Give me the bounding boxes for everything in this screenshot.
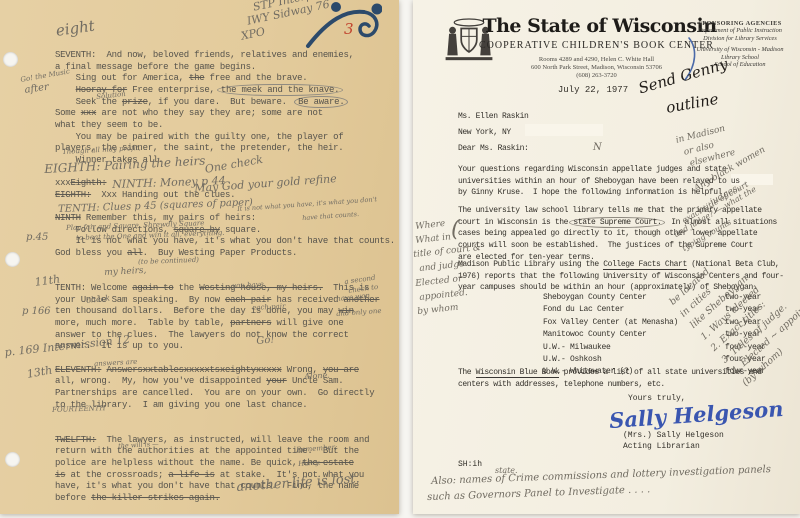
text-segment: again to [132, 283, 173, 293]
handwritten-annotation: by whom [417, 304, 459, 317]
sponsor-line: Department of Public Instruction [684, 27, 796, 35]
text-segment: police are helpless without the name. Be… [55, 458, 302, 468]
table-row: Fox Valley Center (at Menasha)two-year [543, 317, 678, 329]
text-segment: SEVENTH: And now, beloved friends, relat… [55, 50, 354, 60]
text-segment: is [55, 470, 65, 480]
typed-line: TWELFTH: The lawyers, as instructed, wil… [55, 435, 395, 447]
campus-name: Fond du Lac Center [543, 305, 624, 314]
handwritten-annotation: Elected or [415, 275, 463, 289]
handwritten-annotation: 13th [26, 365, 53, 380]
text-segment: more, much more. Table by table, [55, 318, 230, 328]
typist-ref: SH:ih [458, 460, 482, 469]
text-segment: all, wrong. My, how you've disappointed [55, 376, 266, 386]
text-segment: partners [230, 318, 271, 328]
handwritten-annotation: Go! [256, 335, 275, 347]
text-segment: are not who they say they are; some are … [96, 108, 323, 118]
body-line: cases being appealed go directly to it, … [458, 229, 777, 241]
signer-block: (Mrs.) Sally Helgeson Acting Librarian [623, 430, 724, 452]
text-segment: courts will soon be established. The jus… [458, 241, 753, 250]
typed-line: all, wrong. My, how you've disappointed … [55, 376, 395, 388]
typed-line: a final message before the game begins. [55, 62, 395, 74]
text-segment: Madison Public Library using the [458, 260, 603, 269]
typed-line: return with the authorities at the appoi… [55, 446, 395, 458]
punch-hole [3, 52, 18, 67]
handwritten-annotation: Alone. [304, 372, 330, 381]
text-segment: TWELFTH: [55, 435, 96, 445]
text-segment: square. [220, 225, 261, 235]
handwritten-annotation: 3 [344, 22, 354, 37]
handwritten-annotation: What in [415, 233, 451, 246]
text-segment: Partnerships are cancelled. You are on y… [55, 388, 374, 398]
typed-line: before the killer strikes again. [55, 493, 395, 505]
campus-name: U.W.- Milwaukee [543, 343, 611, 352]
typed-line: You may be paired with the guilty one, t… [55, 132, 395, 144]
typed-line: police are helpless without the name. Be… [55, 458, 395, 470]
text-segment: God bless you [55, 248, 127, 258]
text-segment: before [55, 493, 91, 503]
text-segment: what they seem to be. [55, 120, 163, 130]
closing: Yours truly, [628, 394, 686, 403]
text-segment: will give one [271, 318, 343, 328]
whiteout-patch [525, 124, 603, 136]
campus-table: Sheboygan County Centertwo-yearFond du L… [543, 292, 678, 379]
text-segment: a life is [168, 470, 214, 480]
text-segment: , if you dare. But beware. [148, 97, 297, 107]
campus-name: Fox Valley Center (at Menasha) [543, 318, 678, 327]
text-segment: You may be paired with the guilty one, t… [55, 132, 343, 142]
typed-line: God bless you all. Buy Westing Paper Pro… [55, 248, 395, 260]
recipient-line: Dear Ms. Raskin: [458, 141, 528, 157]
campus-name: U.W.- Oshkosh [543, 355, 602, 364]
text-segment: Ms. Ellen Raskin [458, 112, 528, 121]
text-segment: all [127, 248, 142, 258]
scanned-documents: SEVENTH: And now, beloved friends, relat… [0, 0, 800, 518]
text-segment [55, 85, 76, 95]
signer-title: Acting Librarian [623, 442, 700, 451]
text-segment: Some [55, 108, 81, 118]
typed-line: Partnerships are cancelled. You are on y… [55, 388, 395, 400]
typed-line: SEVENTH: And now, beloved friends, relat… [55, 50, 395, 62]
text-segment: College Facts Chart [603, 260, 687, 270]
handwritten-annotation: appointed. [419, 289, 468, 303]
text-segment: New York, NY [458, 128, 511, 137]
typed-line: Some xxx are not who they say they are; … [55, 108, 395, 120]
text-segment: at the crossroads; [65, 470, 168, 480]
handwritten-annotation: p 166 [22, 307, 51, 317]
text-segment: ten thousand dollars. Before the day is … [55, 306, 338, 316]
text-segment: xxx [81, 108, 96, 118]
handwritten-annotation: outline [665, 92, 720, 116]
text-segment: by Ginny Kruse. I hope the following inf… [458, 188, 726, 197]
typed-line: more, much more. Table by table, partner… [55, 318, 395, 330]
handwritten-annotation: eight [55, 19, 96, 39]
manuscript-page: SEVENTH: And now, beloved friends, relat… [0, 0, 399, 514]
recipient-line: Ms. Ellen Raskin [458, 109, 528, 125]
text-segment: Your questions regarding Wisconsin appel… [458, 165, 726, 174]
handwritten-annotation: XPO [240, 26, 266, 42]
text-segment: centers with addresses, telephone number… [458, 380, 665, 389]
handwritten-annotation: after [24, 83, 50, 96]
text-segment: Dear Ms. Raskin: [458, 144, 528, 153]
text-segment: Wisconsin Blue Book [476, 368, 560, 378]
body-paragraph-4: The Wisconsin Blue Book provides a list … [458, 368, 762, 391]
typed-line [55, 423, 395, 435]
typed-line: to the library. I am giving you one last… [55, 400, 395, 412]
letter-page: The State of Wisconsin COOPERATIVE CHILD… [413, 0, 800, 514]
text-segment: Free enterprise, [127, 85, 220, 95]
table-row: Sheboygan County Centertwo-year [543, 292, 678, 304]
text-segment: your [266, 376, 287, 386]
text-segment: the [189, 73, 204, 83]
handwritten-annotation: 11th [34, 273, 61, 287]
handwritten-annotation: such as Governors Panel to Investigate .… [427, 485, 650, 503]
campus-name: Sheboygan County Center [543, 293, 647, 302]
text-segment: TENTH: Welcome [55, 283, 132, 293]
text-segment: Sing out for America, [55, 73, 189, 83]
text-segment: court in Wisconsin is the [458, 218, 572, 227]
body-line: centers with addresses, telephone number… [458, 380, 762, 392]
text-segment: Answersxxtablesxxxxxtsxeightyxxxxx [107, 365, 282, 375]
handwritten-annotation: ( [451, 219, 460, 241]
text-segment: your Uncle Sam speaking. By now [55, 295, 225, 305]
typed-line [55, 411, 395, 423]
text-segment: The [458, 368, 476, 377]
text-segment: Eighth: [70, 178, 106, 188]
text-segment: the meek and the knave. [217, 84, 343, 96]
body-line: The Wisconsin Blue Book provides a list … [458, 368, 762, 380]
sponsors-heading: SPONSORING AGENCIES [684, 20, 796, 27]
recipient-line: New York, NY [458, 125, 528, 141]
handwritten-annotation: the will is — [118, 441, 159, 450]
text-segment: the [173, 283, 199, 293]
handwritten-annotation: N [593, 143, 602, 153]
text-segment: state Supreme Court. [569, 217, 665, 228]
text-segment: Be aware. [294, 96, 348, 108]
text-segment: prize [122, 97, 148, 107]
typed-line: what they seem to be. [55, 120, 395, 132]
table-row: Manitowoc County Centertwo-year [543, 329, 678, 341]
campus-name: Manitowoc County Center [543, 330, 647, 339]
handwritten-annotation: p.45 [26, 233, 48, 243]
text-segment: xxx [55, 178, 70, 188]
table-row: Fond du Lac Centertwo-year [543, 304, 678, 316]
recipient-block: Ms. Ellen RaskinNew York, NYDear Ms. Ras… [458, 109, 528, 157]
typed-line: Sing out for America, the free and the b… [55, 73, 395, 85]
signer-name: (Mrs.) Sally Helgeson [623, 431, 724, 440]
punch-hole [5, 252, 20, 267]
table-row: U.W.- Oshkoshfour-year [543, 354, 678, 366]
text-segment: free and the brave. [204, 73, 307, 83]
text-segment: EIGHTH: [55, 190, 91, 200]
punch-hole [5, 452, 20, 467]
text-segment: a final message before the game begins. [55, 62, 256, 72]
text-segment: the killer strikes again. [91, 493, 220, 503]
table-row: U.W.- Milwaukeefour-year [543, 342, 678, 354]
handwritten-annotation: Where [415, 220, 446, 232]
